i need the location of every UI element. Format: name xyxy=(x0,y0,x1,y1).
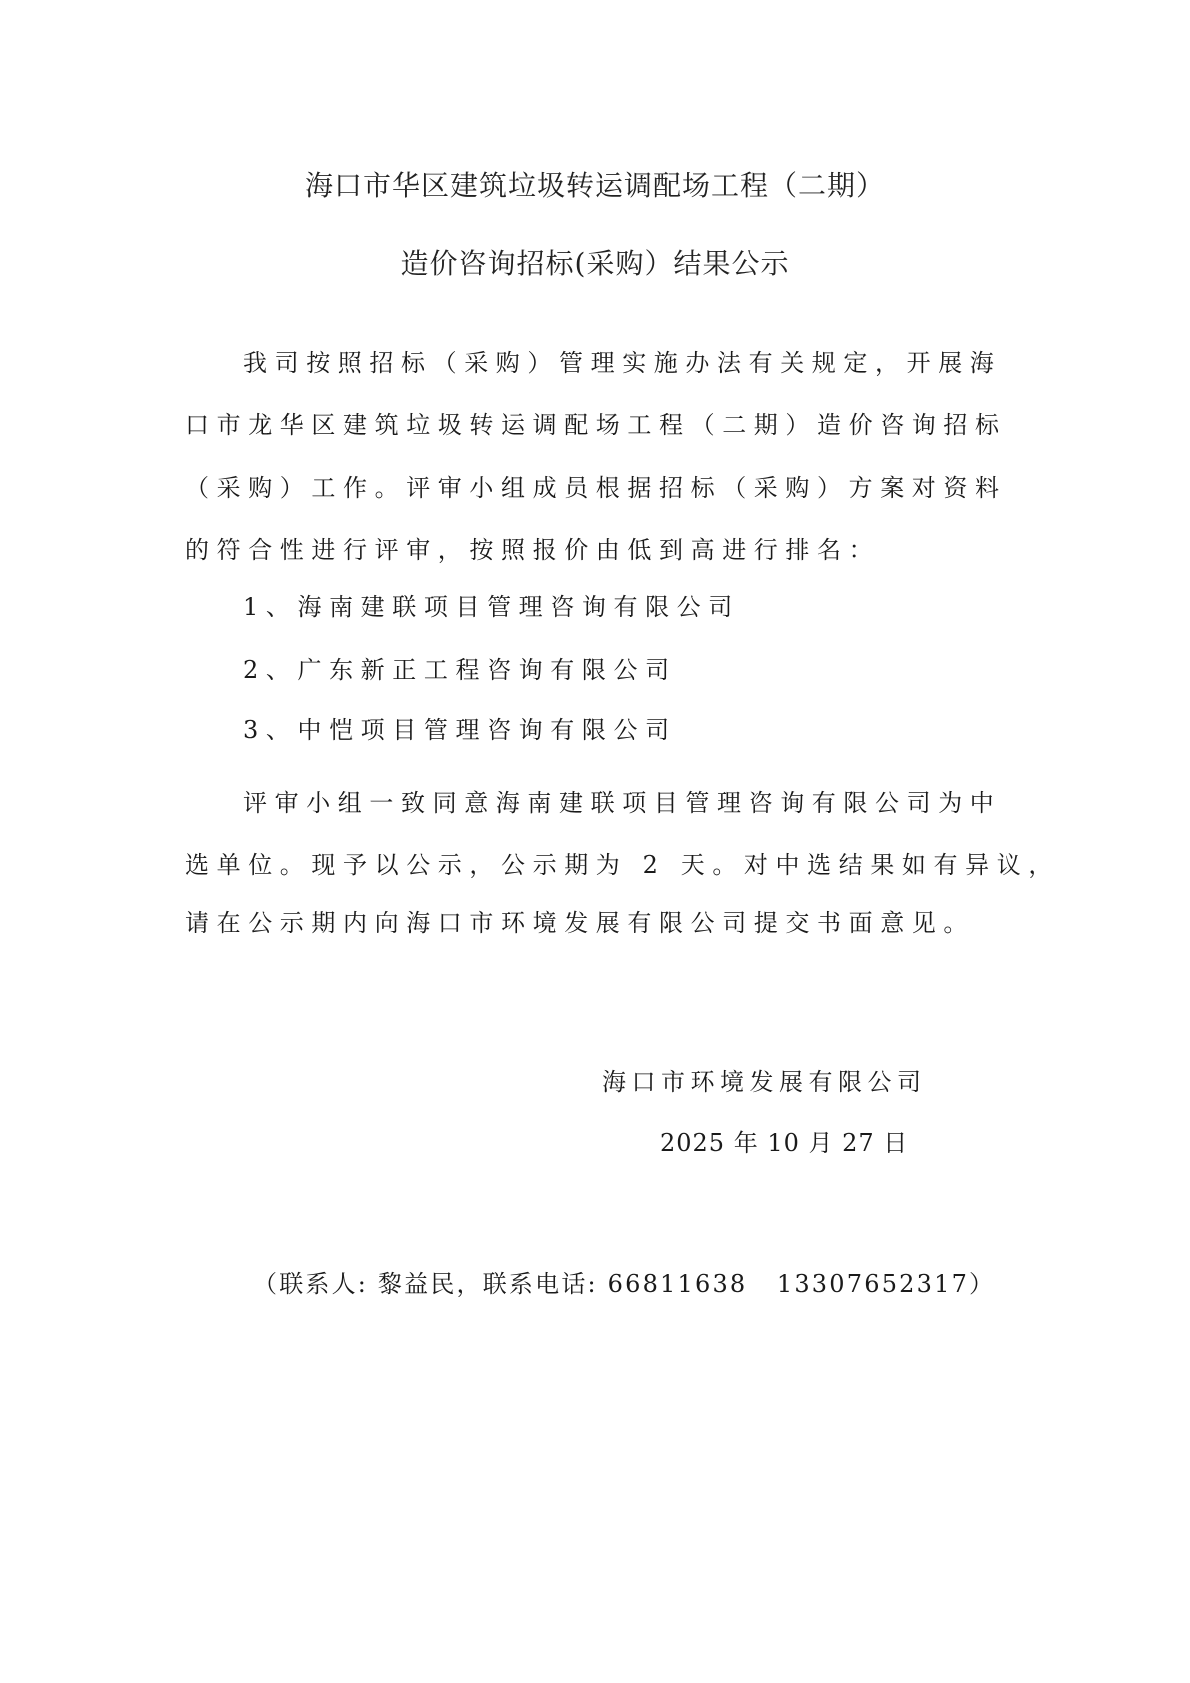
ranking-company: 广东新正工程咨询有限公司 xyxy=(297,656,676,684)
document-title-line-1: 海口市华区建筑垃圾转运调配场工程（二期） xyxy=(0,172,1190,200)
signature-date: 2025 年 10 月 27 日 xyxy=(660,1131,908,1155)
ranking-company: 中恺项目管理咨询有限公司 xyxy=(297,716,676,744)
paragraph-line: （采购）工作。评审小组成员根据招标（采购）方案对资料 xyxy=(185,476,1007,500)
paragraph-line: 请在公示期内向海口市环境发展有限公司提交书面意见。 xyxy=(185,911,975,935)
paragraph-line: 口市龙华区建筑垃圾转运调配场工程（二期）造价咨询招标 xyxy=(185,413,1007,437)
ranking-number: 3、 xyxy=(243,716,297,744)
paragraph-line: 的符合性进行评审，按照报价由低到高进行排名： xyxy=(185,538,880,562)
paragraph-line: 评审小组一致同意海南建联项目管理咨询有限公司为中 xyxy=(243,791,1001,815)
ranking-item: 1、海南建联项目管理咨询有限公司 xyxy=(243,595,740,619)
paragraph-line: 我司按照招标（采购）管理实施办法有关规定，开展海 xyxy=(243,351,1001,375)
paragraph-line: 选单位。现予以公示，公示期为 2 天。对中选结果如有异议， xyxy=(185,853,1060,877)
document-title-line-2: 造价咨询招标(采购）结果公示 xyxy=(0,250,1190,278)
ranking-item: 2、广东新正工程咨询有限公司 xyxy=(243,658,677,682)
ranking-number: 1、 xyxy=(243,593,297,621)
ranking-item: 3、中恺项目管理咨询有限公司 xyxy=(243,718,677,742)
contact-info: （联系人: 黎益民，联系电话: 66811638 13307652317） xyxy=(253,1272,995,1296)
ranking-company: 海南建联项目管理咨询有限公司 xyxy=(297,593,739,621)
ranking-number: 2、 xyxy=(243,656,297,684)
signature-organization: 海口市环境发展有限公司 xyxy=(602,1070,927,1094)
